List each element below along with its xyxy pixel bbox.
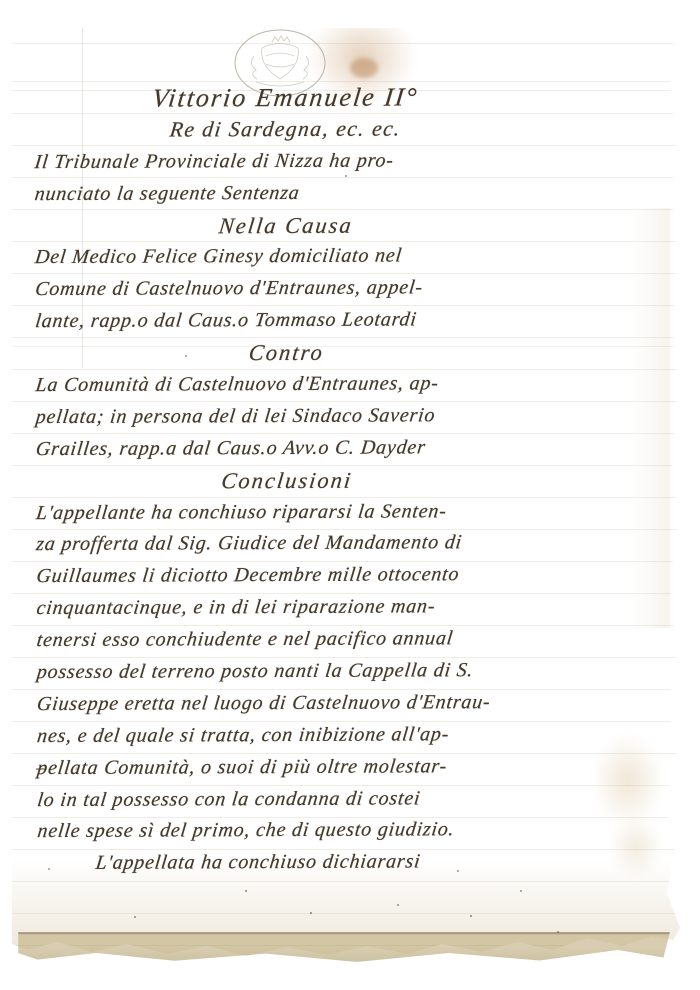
title-line: Vittorio Emanuele II° (32, 81, 538, 115)
section-heading: Conclusioni (34, 464, 540, 498)
section-heading: Nella Causa (33, 208, 539, 242)
manuscript-line: Guillaumes li diciotto Decembre mille ot… (35, 559, 541, 593)
manuscript-line: lo in tal possesso con la condanna di co… (36, 782, 542, 816)
manuscript-line: Grailles, rapp.a dal Caus.o Avv.o C. Day… (34, 432, 540, 466)
manuscript-line: La Comunità di Castelnuovo d'Entraunes, … (34, 368, 540, 402)
manuscript-line: Del Medico Felice Ginesy domiciliato nel (33, 240, 539, 274)
manuscript-line: possesso del terreno posto nanti la Capp… (35, 655, 541, 689)
manuscript-line: nunciato la seguente Sentenza (33, 177, 539, 211)
manuscript-line: pellata Comunità, o suoi di più oltre mo… (35, 751, 541, 785)
manuscript-line: nes, e del quale si tratta, con inibizio… (35, 719, 541, 753)
paper-stain (592, 733, 664, 828)
section-heading: Contro (34, 336, 540, 370)
manuscript-line: Comune di Castelnuovo d'Entraunes, appel… (33, 272, 539, 306)
subtitle-line: Re di Sardegna, ec. ec. (33, 113, 539, 147)
ink-stain (350, 58, 378, 78)
manuscript-line: za profferta dal Sig. Giudice del Mandam… (34, 527, 540, 561)
manuscript-line: tenersi esso conchiudente e nel pacifico… (35, 623, 541, 657)
scanned-document-background: - " Vittorio Emanuele II° Re di Sardegna… (0, 0, 700, 990)
paper-aging-shade (630, 208, 670, 628)
manuscript-paper: - " Vittorio Emanuele II° Re di Sardegna… (12, 28, 680, 962)
manuscript-line: Giuseppe eretta nel luogo di Castelnuovo… (35, 687, 541, 721)
manuscript-line: Il Tribunale Provinciale di Nizza ha pro… (33, 145, 539, 179)
manuscript-line: lante, rapp.o dal Caus.o Tommaso Leotard… (33, 304, 539, 338)
manuscript-text-block: Vittorio Emanuele II° Re di Sardegna, ec… (34, 81, 539, 880)
manuscript-line: pellata; in persona del di lei Sindaco S… (34, 400, 540, 434)
manuscript-line: L'appellata ha conchiuso dichiararsi (36, 846, 542, 880)
manuscript-line: cinquantacinque, e in di lei riparazione… (35, 591, 541, 625)
manuscript-line: L'appellante ha conchiuso ripararsi la S… (34, 495, 540, 529)
manuscript-line: nelle spese sì del primo, che di questo … (36, 814, 542, 848)
paper-specks (12, 28, 14, 30)
